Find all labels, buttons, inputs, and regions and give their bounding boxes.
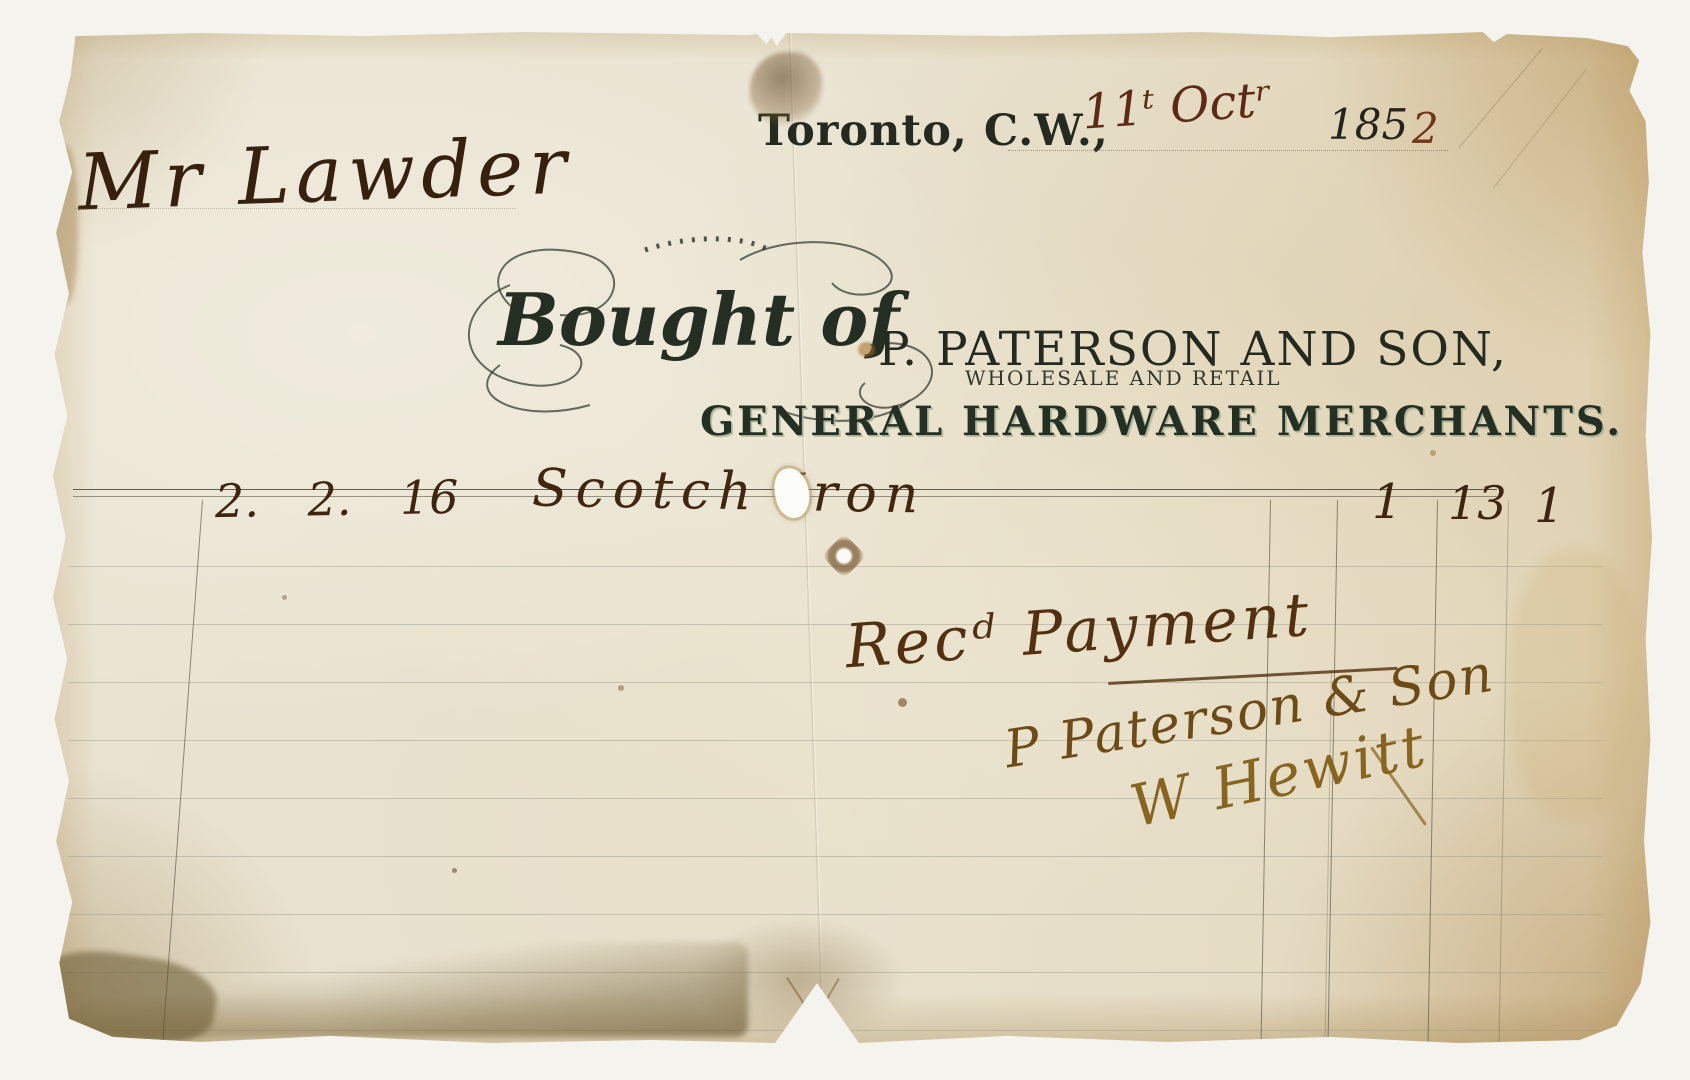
addressee-writing-line <box>75 170 515 209</box>
item-description: Scotch Iron <box>532 459 927 526</box>
company-trade-line: GENERAL HARDWARE MERCHANTS. <box>700 398 1623 445</box>
item-pence: 1 <box>1534 478 1565 534</box>
bought-of-label: Bought of <box>498 277 899 362</box>
scan-background: Toronto, C.W., 11ᵗ Octʳ 185 2 Mr Lawder … <box>0 0 1690 1080</box>
stain <box>1430 450 1436 456</box>
top-edge-notch <box>752 29 778 44</box>
handwritten-year-digit: 2 <box>1412 104 1439 153</box>
item-shillings: 13 <box>1448 476 1507 530</box>
corner-crease <box>1458 48 1542 148</box>
item-quantity: 2. 2. 16 <box>215 470 459 528</box>
company-subtitle: WHOLESALE AND RETAIL <box>965 366 1235 390</box>
receipt-paper: Toronto, C.W., 11ᵗ Octʳ 185 2 Mr Lawder … <box>40 30 1652 1044</box>
left-edge-stain <box>46 145 78 305</box>
printed-year: 185 <box>1328 100 1408 149</box>
ruled-lines <box>68 566 1602 1044</box>
item-pounds: 1 <box>1372 474 1403 530</box>
corner-crease <box>1493 70 1586 189</box>
